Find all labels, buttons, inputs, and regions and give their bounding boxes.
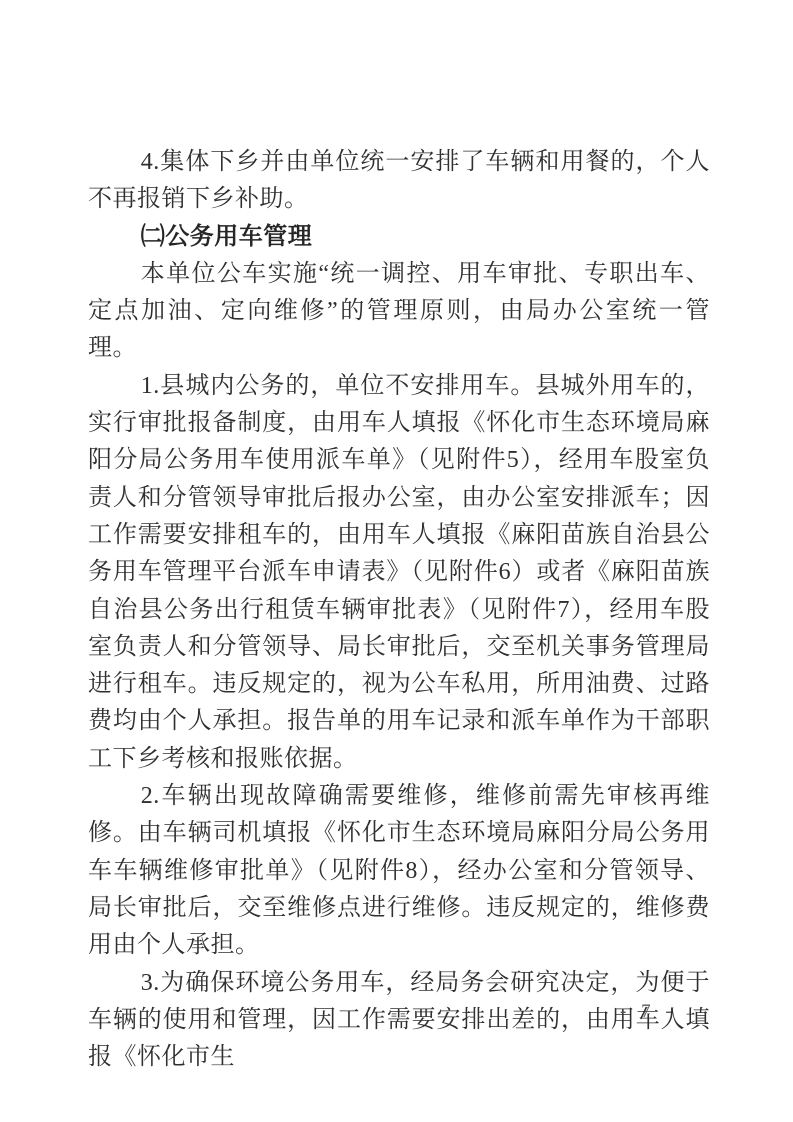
paragraph: 2.车辆出现故障确需要维修，维修前需先审核再维修。由车辆司机填报《怀化市生态环境… <box>88 778 710 964</box>
section-heading: ㈡公务用车管理 <box>88 219 710 256</box>
paragraph: 4.集体下乡并由单位统一安排了车辆和用餐的，个人不再报销下乡补助。 <box>88 144 710 219</box>
document-body: 4.集体下乡并由单位统一安排了车辆和用餐的，个人不再报销下乡补助。㈡公务用车管理… <box>88 144 710 1076</box>
paragraph: 1.县城内公务的，单位不安排用车。县城外用车的，实行审批报备制度，由用车人填报《… <box>88 368 710 778</box>
paragraph: 本单位公车实施“统一调控、用车审批、专职出车、定点加油、定向维修”的管理原则，由… <box>88 256 710 368</box>
page-number: - 7 - <box>620 1001 677 1023</box>
document-page: 4.集体下乡并由单位统一安排了车辆和用餐的，个人不再报销下乡补助。㈡公务用车管理… <box>0 0 793 1122</box>
paragraph: 3.为确保环境公务用车，经局务会研究决定，为便于车辆的使用和管理，因工作需要安排… <box>88 965 710 1077</box>
